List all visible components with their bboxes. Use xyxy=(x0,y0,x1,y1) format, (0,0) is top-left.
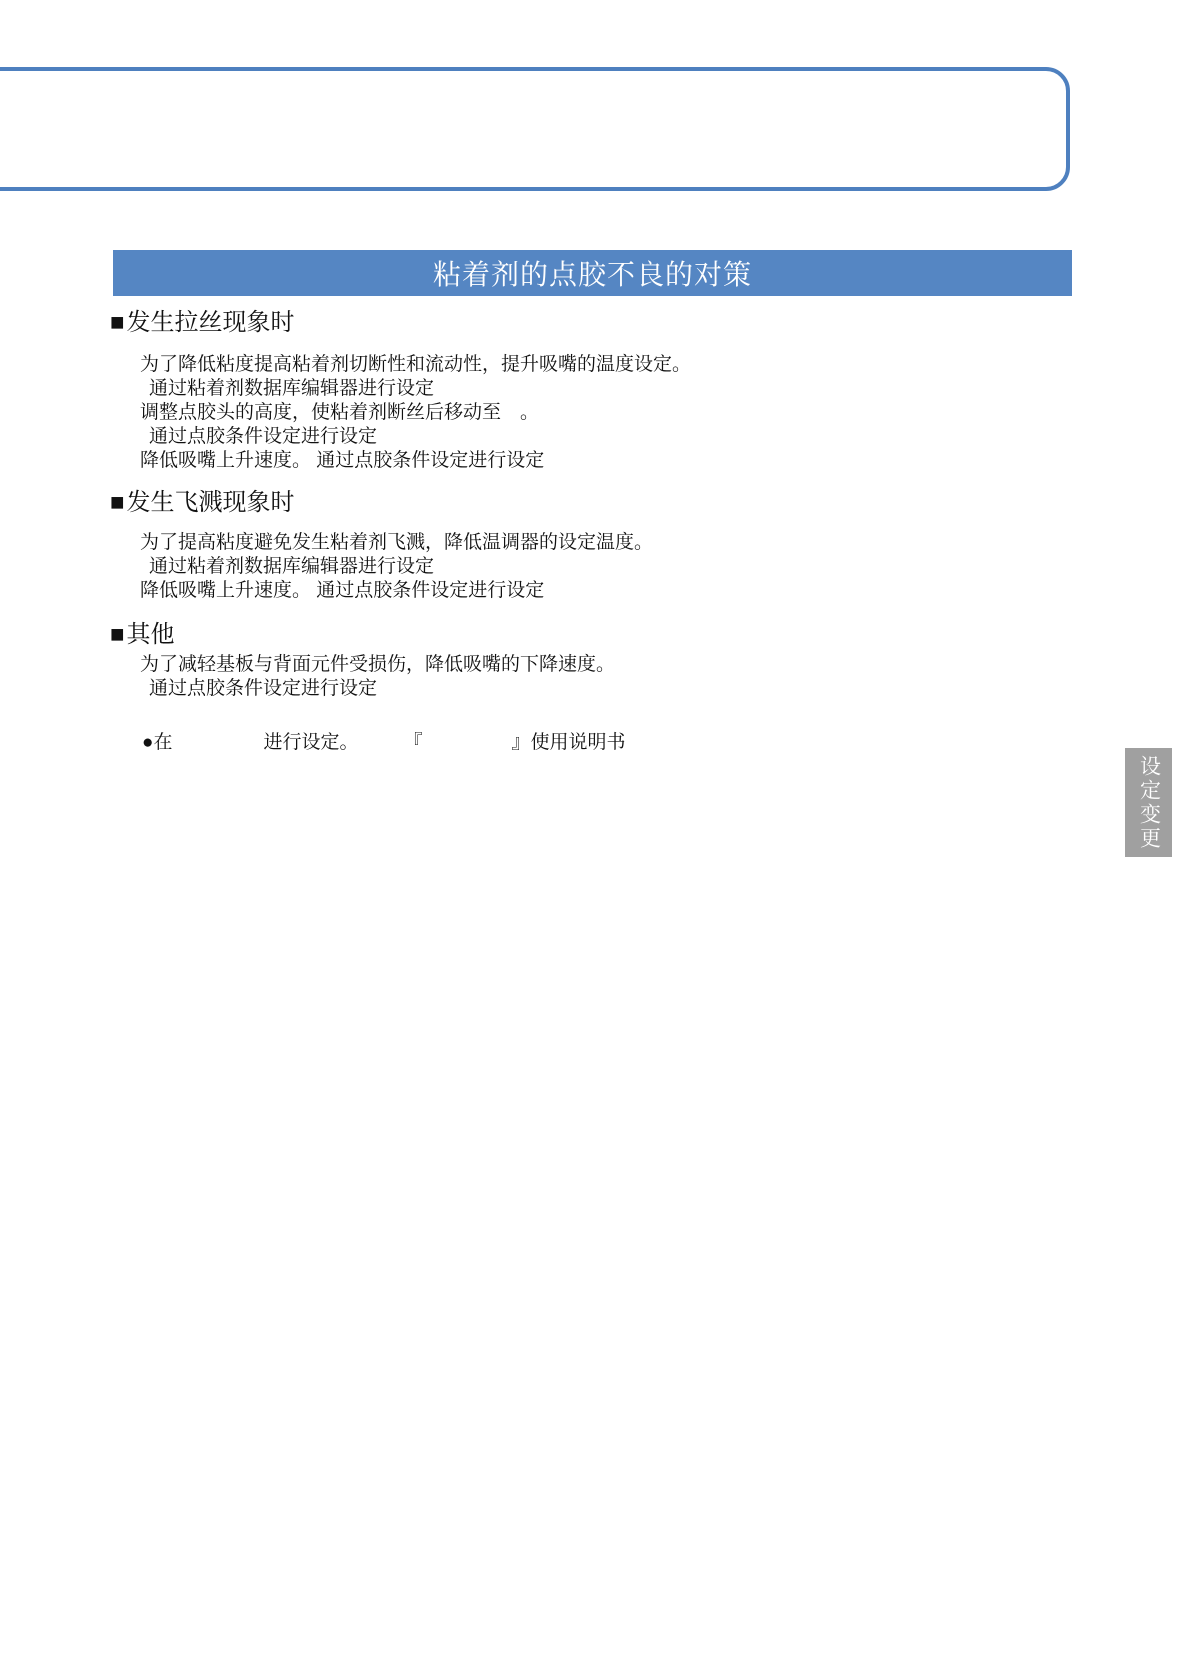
body-line: 通过点胶条件设定进行设定 xyxy=(140,425,691,449)
rounded-outline-box xyxy=(0,67,1070,191)
note-bracket-open: 『 xyxy=(404,732,423,753)
note-text-middle: 进行设定。 xyxy=(263,732,358,753)
square-bullet-icon: ■ xyxy=(110,309,125,336)
chapter-side-tab: 设定变更 xyxy=(1125,748,1172,857)
circle-bullet-icon: ●在 xyxy=(142,732,172,753)
body-line: 为了减轻基板与背面元件受损伤，降低吸嘴的下降速度。 xyxy=(140,653,615,677)
heading-text: 发生拉丝现象时 xyxy=(127,309,295,336)
square-bullet-icon: ■ xyxy=(110,621,125,648)
document-page: 粘着剂的点胶不良的对策 ■发生拉丝现象时 为了降低粘度提高粘着剂切断性和流动性，… xyxy=(0,0,1184,1675)
note-bracket-close: 』使用说明书 xyxy=(512,732,626,753)
body-line: 通过点胶条件设定进行设定 xyxy=(140,677,615,701)
heading-stringing: ■发生拉丝现象时 xyxy=(110,309,295,337)
body-stringing: 为了降低粘度提高粘着剂切断性和流动性，提升吸嘴的温度设定。 通过粘着剂数据库编辑… xyxy=(140,353,691,473)
heading-splashing: ■发生飞溅现象时 xyxy=(110,489,295,517)
body-line: 降低吸嘴上升速度。 通过点胶条件设定进行设定 xyxy=(140,449,691,473)
body-line: 为了提高粘度避免发生粘着剂飞溅，降低温调器的设定温度。 xyxy=(140,531,653,555)
square-bullet-icon: ■ xyxy=(110,489,125,516)
body-other: 为了减轻基板与背面元件受损伤，降低吸嘴的下降速度。 通过点胶条件设定进行设定 xyxy=(140,653,615,701)
heading-text: 发生飞溅现象时 xyxy=(127,489,295,516)
body-line: 为了降低粘度提高粘着剂切断性和流动性，提升吸嘴的温度设定。 xyxy=(140,353,691,377)
section-title-text: 粘着剂的点胶不良的对策 xyxy=(433,253,752,293)
body-line: 通过粘着剂数据库编辑器进行设定 xyxy=(140,555,653,579)
section-title-bar: 粘着剂的点胶不良的对策 xyxy=(113,250,1072,296)
heading-text: 其他 xyxy=(127,621,175,648)
body-line: 降低吸嘴上升速度。 通过点胶条件设定进行设定 xyxy=(140,579,653,603)
body-line: 调整点胶头的高度，使粘着剂断丝后移动至 。 xyxy=(140,401,691,425)
note-line: ●在进行设定。『』使用说明书 xyxy=(142,731,626,755)
chapter-side-tab-label: 设定变更 xyxy=(1134,755,1164,851)
body-line: 通过粘着剂数据库编辑器进行设定 xyxy=(140,377,691,401)
heading-other: ■其他 xyxy=(110,621,175,649)
body-splashing: 为了提高粘度避免发生粘着剂飞溅，降低温调器的设定温度。 通过粘着剂数据库编辑器进… xyxy=(140,531,653,603)
